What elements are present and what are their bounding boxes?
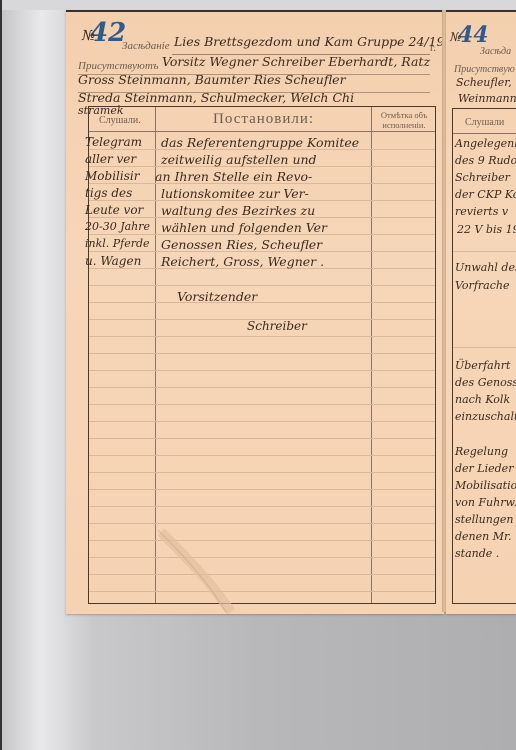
heard-line-8: u. Wagen [85, 254, 141, 268]
right-page-number-stamp: 44 [458, 22, 489, 48]
present-label: Присутствуютъ [78, 60, 158, 72]
session-text: Lies Brettsgezdom und Kam Gruppe 24/1919 [174, 34, 460, 49]
heard-line-3: Mobilisir [85, 169, 139, 183]
number-prefix: № [82, 28, 95, 44]
header-rule [89, 131, 435, 132]
right-present-line-2: Weinmann [458, 92, 516, 105]
scan-top-edge [0, 0, 516, 10]
right-header-rule [453, 133, 516, 134]
right-page: 44 № Засѣда Присутствую Scheufler, Weinm… [446, 10, 516, 614]
right-present-line-1: Scheufler, [456, 76, 512, 89]
left-page: 42 № Засѣданіе Lies Brettsgezdom und Kam… [66, 10, 444, 614]
present-rule-1 [78, 74, 430, 75]
heard-line-7: inkl. Pferde [85, 237, 150, 250]
session-suffix: г. [430, 42, 436, 54]
present-rule-2 [78, 92, 430, 93]
resolved-line-1: das Referentengruppe Komitee [161, 135, 359, 150]
heard-line-1: Telegram [85, 135, 142, 149]
column-header-heard: Слушали. [99, 115, 141, 126]
column-divider-2 [371, 107, 372, 603]
present-line-1: Vorsitz Wegner Schreiber Eberhardt, Ratz [162, 54, 430, 69]
resolved-line-6: wählen und folgenden Ver [161, 220, 327, 235]
right-minutes-table: Слушали Angelegenheit des 9 Rudolph Schr… [452, 108, 516, 604]
resolved-line-4: lutionskomitee zur Ver- [161, 186, 309, 201]
resolved-line-2: zeitweilig aufstellen und [161, 152, 317, 167]
right-row-rule [453, 347, 516, 348]
session-label: Засѣданіе [122, 40, 170, 52]
column-header-resolved: Постановили: [213, 111, 314, 128]
right-number-prefix: № [450, 30, 461, 44]
right-session-label: Засѣда [480, 46, 511, 57]
signature-secretary: Schreiber [247, 319, 307, 333]
heard-line-4: tigs des [85, 186, 132, 200]
heard-line-6: 20-30 Jahre [85, 220, 150, 233]
right-row-rule [453, 251, 516, 252]
resolved-line-7: Genossen Ries, Scheufler [161, 237, 322, 252]
minutes-table: Слушали. Постановили: Отмѣтка объ исполн… [88, 106, 436, 604]
column-header-note: Отмѣтка объ исполненіи. [375, 110, 433, 130]
right-column-header-heard: Слушали [465, 117, 504, 128]
resolved-line-8: Reichert, Gross, Wegner . [161, 254, 324, 269]
resolved-line-5: waltung des Bezirkes zu [161, 203, 315, 218]
page-number-stamp: 42 [90, 18, 126, 48]
heard-line-2: aller ver [85, 152, 136, 166]
heard-line-5: Leute vor [85, 203, 143, 217]
signature-chair: Vorsitzender [177, 289, 257, 304]
resolved-line-3: an Ihren Stelle ein Revo- [155, 169, 312, 184]
scan-left-edge [0, 0, 2, 750]
right-present-label: Присутствую [454, 64, 515, 75]
